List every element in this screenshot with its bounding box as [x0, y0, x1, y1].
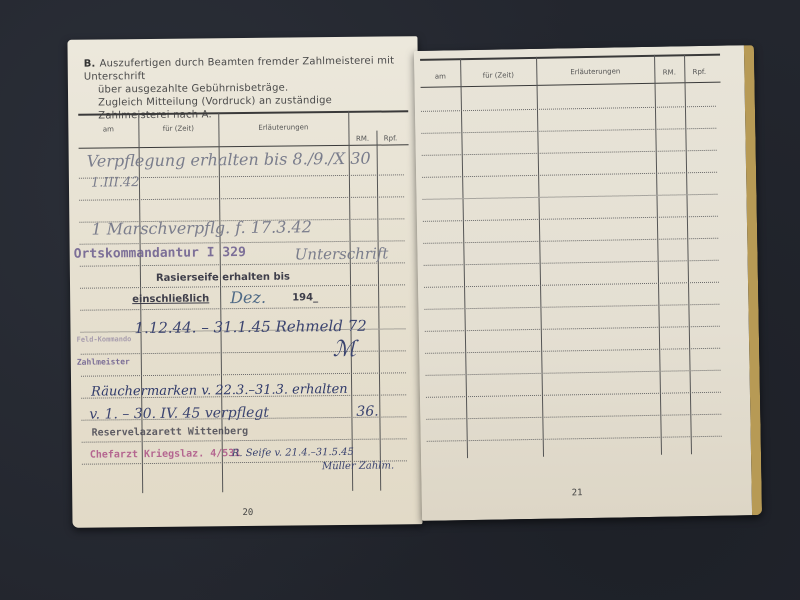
col-head-fuer-zeit: für (Zeit) [138, 124, 218, 133]
ruled-line [81, 350, 406, 354]
ruled-line [424, 260, 719, 266]
ruled-line [427, 436, 722, 442]
ruled-line [422, 150, 717, 156]
handwritten-entry: Verpflegung erhalten bis 8./9./X 30 [87, 149, 371, 171]
header-top-rule [420, 54, 720, 61]
col-head-erlaeuterungen: Erläuterungen [536, 67, 654, 77]
col-head-am: am [420, 72, 460, 81]
stamp-ortskommandantur: Ortskommandantur I 329 [74, 245, 246, 262]
column-divider [684, 54, 692, 454]
handwritten-entry: v. 1. – 30. IV. 45 verpflegt [89, 405, 269, 423]
ruled-line [426, 414, 721, 420]
instruction-line-1: Auszufertigen durch Beamten fremder Zahl… [84, 55, 395, 82]
handwritten-entry: 1.III.42 [91, 175, 140, 191]
ruled-line [79, 196, 404, 200]
ruled-line [423, 238, 718, 244]
ruled-line [421, 128, 716, 134]
col-head-erlaeuterungen: Erläuterungen [218, 123, 348, 132]
stamp-einschliesslich: einschließlich [132, 293, 209, 305]
ruled-line [426, 392, 721, 398]
column-divider [376, 131, 381, 491]
col-head-am: am [78, 125, 138, 134]
col-head-rm: RM. [654, 68, 684, 77]
page-number-left: 20 [242, 508, 253, 518]
col-head-fuer-zeit: für (Zeit) [460, 71, 536, 80]
stamp-kriegslazarett: Chefarzt Kriegslaz. 4/531 [90, 448, 241, 461]
open-paybook: B.Auszufertigen durch Beamten fremder Za… [60, 30, 770, 530]
left-page: B.Auszufertigen durch Beamten fremder Za… [67, 36, 422, 528]
ruled-line [424, 304, 719, 310]
ruled-line [82, 438, 407, 442]
handwritten-entry: 1 Marschverpflg. f. 17.3.42 [91, 217, 312, 238]
stamp-reservelazarett: Reservelazarett Wittenberg [92, 426, 249, 439]
ruled-line [80, 262, 405, 266]
handwritten-entry: Räuchermarken v. 22.3.–31.3. erhalten [91, 382, 348, 400]
ruled-line [423, 194, 718, 200]
header-bottom-rule [421, 82, 721, 88]
ruled-line [424, 282, 719, 288]
stamp-zahlmeister: Zahlmeister [77, 357, 130, 367]
ruled-line [422, 172, 717, 178]
col-head-rpf: Rpf. [376, 134, 404, 142]
handwritten-entry: Dez. [230, 288, 266, 307]
ruled-line [423, 216, 718, 222]
stamp-year: 194_ [292, 292, 318, 303]
page-number-right: 21 [572, 488, 583, 498]
handwritten-amount: 36. [356, 404, 378, 420]
right-page: am für (Zeit) Erläuterungen RM. Rpf. 21 [414, 45, 762, 521]
column-divider [460, 58, 468, 458]
instruction-line-3: Zugleich Mitteilung (Vordruck) an zustän… [84, 93, 404, 122]
col-head-rpf: Rpf. [684, 68, 714, 77]
ruled-line [426, 370, 721, 376]
column-divider [654, 55, 662, 455]
signature: Unterschrift [295, 244, 389, 263]
ruled-line [81, 372, 406, 376]
ruled-line [425, 348, 720, 354]
signature: Müller Zahlm. [322, 460, 394, 472]
ruled-line [421, 106, 716, 112]
faded-stamp: Feld-Kommando [77, 335, 132, 344]
section-letter: B. [84, 59, 96, 70]
handwritten-entry: 1.12.44. – 31.1.45 Rehmeld 72 [134, 317, 366, 337]
column-divider [536, 57, 544, 457]
col-head-rm: RM. [348, 135, 376, 143]
signature: ℳ [333, 337, 357, 362]
handwritten-entry: R. Seife v. 21.4.–31.5.45 [232, 447, 354, 459]
ruled-line [425, 326, 720, 332]
stamp-rasierseife: Rasierseife erhalten bis [156, 272, 290, 284]
